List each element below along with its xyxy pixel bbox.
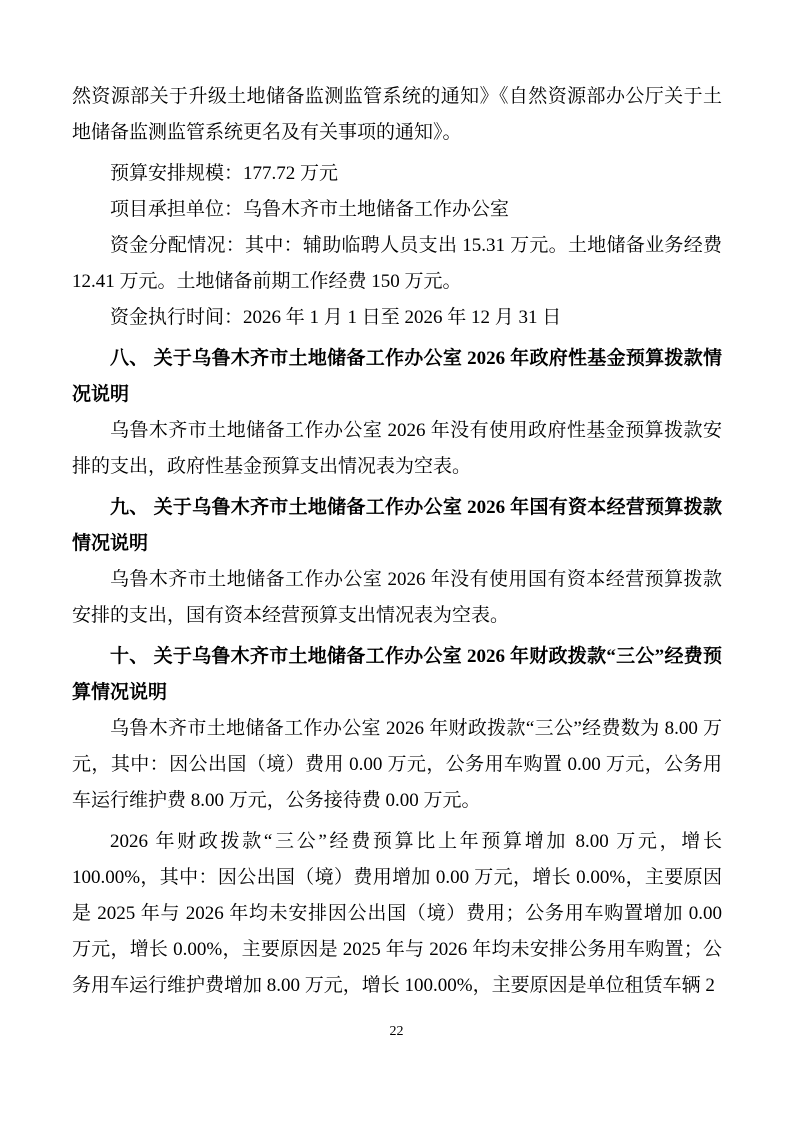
section-heading: 八、 关于乌鲁木齐市土地储备工作办公室 2026 年政府性基金预算拨款情况说明 [72, 341, 722, 413]
page-number: 22 [390, 1024, 404, 1039]
paragraph: 项目承担单位：乌鲁木齐市土地储备工作办公室 [72, 192, 722, 228]
document-body: 然资源部关于升级土地储备监测监管系统的通知》《自然资源部办公厅关于土地储备监测监… [72, 79, 722, 1004]
page-footer: 22 [0, 1023, 793, 1041]
section-heading: 十、 关于乌鲁木齐市土地储备工作办公室 2026 年财政拨款“三公”经费预算情况… [72, 639, 722, 711]
paragraph: 资金执行时间：2026 年 1 月 1 日至 2026 年 12 月 31 日 [72, 300, 722, 336]
document-page: 然资源部关于升级土地储备监测监管系统的通知》《自然资源部办公厅关于土地储备监测监… [0, 0, 793, 1122]
paragraph: 然资源部关于升级土地储备监测监管系统的通知》《自然资源部办公厅关于土地储备监测监… [72, 79, 722, 151]
paragraph: 乌鲁木齐市土地储备工作办公室 2026 年财政拨款“三公”经费数为 8.00 万… [72, 711, 722, 819]
paragraph: 乌鲁木齐市土地储备工作办公室 2026 年没有使用国有资本经营预算拨款安排的支出… [72, 562, 722, 634]
paragraph: 预算安排规模：177.72 万元 [72, 156, 722, 192]
paragraph: 2026 年财政拨款“三公”经费预算比上年预算增加 8.00 万元，增长 100… [72, 824, 722, 1004]
paragraph: 乌鲁木齐市土地储备工作办公室 2026 年没有使用政府性基金预算拨款安排的支出，… [72, 413, 722, 485]
paragraph: 资金分配情况：其中：辅助临聘人员支出 15.31 万元。土地储备业务经费 12.… [72, 228, 722, 300]
section-heading: 九、 关于乌鲁木齐市土地储备工作办公室 2026 年国有资本经营预算拨款情况说明 [72, 490, 722, 562]
